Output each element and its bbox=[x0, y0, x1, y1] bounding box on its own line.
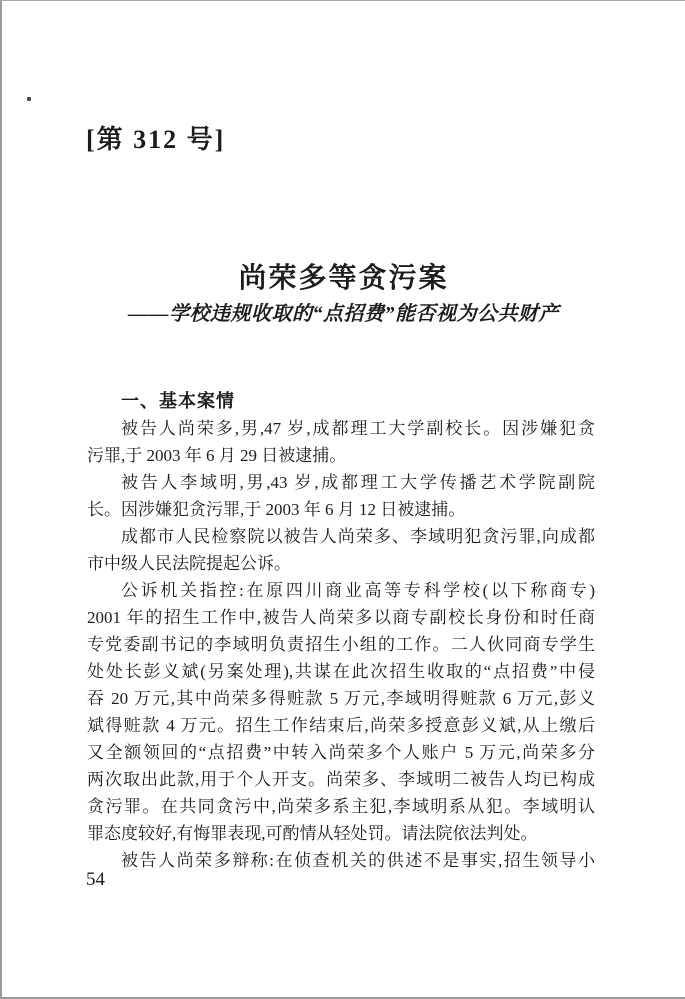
body-text-line: 处处长彭义斌(另案处理),共谋在此次招生收取的“点招费”中侵 bbox=[87, 658, 595, 685]
body-text-line: 吞 20 万元,其中尚荣多得赃款 5 万元,李域明得赃款 6 万元,彭义 bbox=[87, 685, 595, 712]
body-text-line: 又全额领回的“点招费”中转入尚荣多个人账户 5 万元,尚荣多分 bbox=[87, 739, 595, 766]
body-text-line: 被告人李域明,男,43 岁,成都理工大学传播艺术学院副院 bbox=[87, 469, 595, 496]
scan-speck bbox=[27, 97, 31, 101]
body-text-line: 成都市人民检察院以被告人尚荣多、李域明犯贪污罪,向成都 bbox=[87, 523, 595, 550]
body-text-line: 贪污罪。在共同贪污中,尚荣多系主犯,李域明系从犯。李域明认 bbox=[87, 793, 595, 820]
body-text-line: 两次取出此款,用于个人开支。尚荣多、李域明二被告人均已构成 bbox=[87, 766, 595, 793]
case-subtitle: ——学校违规收取的“点招费”能否视为公共财产 bbox=[2, 300, 685, 328]
case-title: 尚荣多等贪污案 bbox=[2, 261, 685, 294]
body-text: 被告人尚荣多,男,47 岁,成都理工大学副校长。因涉嫌犯贪污罪,于 2003 年… bbox=[87, 415, 595, 874]
body-text-line: 污罪,于 2003 年 6 月 29 日被逮捕。 bbox=[87, 442, 595, 469]
body-text-line: 罪态度较好,有悔罪表现,可酌情从轻处罚。请法院依法判处。 bbox=[87, 820, 595, 847]
body-text-line: 公诉机关指控:在原四川商业高等专科学校(以下称商专) bbox=[87, 577, 595, 604]
section-heading-basic-facts: 一、基本案情 bbox=[87, 388, 235, 415]
body-text-line: 专党委副书记的李域明负责招生小组的工作。二人伙同商专学生 bbox=[87, 631, 595, 658]
body-text-line: 斌得赃款 4 万元。招生工作结束后,尚荣多授意彭义斌,从上缴后 bbox=[87, 712, 595, 739]
body-text-line: 市中级人民法院提起公诉。 bbox=[87, 550, 595, 577]
book-page: [第 312 号] 尚荣多等贪污案 ——学校违规收取的“点招费”能否视为公共财产… bbox=[0, 0, 685, 999]
body-text-line: 2001 年的招生工作中,被告人尚荣多以商专副校长身份和时任商 bbox=[87, 604, 595, 631]
page-number: 54 bbox=[86, 868, 105, 892]
body-text-line: 被告人尚荣多,男,47 岁,成都理工大学副校长。因涉嫌犯贪 bbox=[87, 415, 595, 442]
body-text-line: 被告人尚荣多辩称:在侦查机关的供述不是事实,招生领导小 bbox=[87, 847, 595, 874]
body-text-line: 长。因涉嫌犯贪污罪,于 2003 年 6 月 12 日被逮捕。 bbox=[87, 496, 595, 523]
case-number-label: [第 312 号] bbox=[86, 121, 225, 159]
